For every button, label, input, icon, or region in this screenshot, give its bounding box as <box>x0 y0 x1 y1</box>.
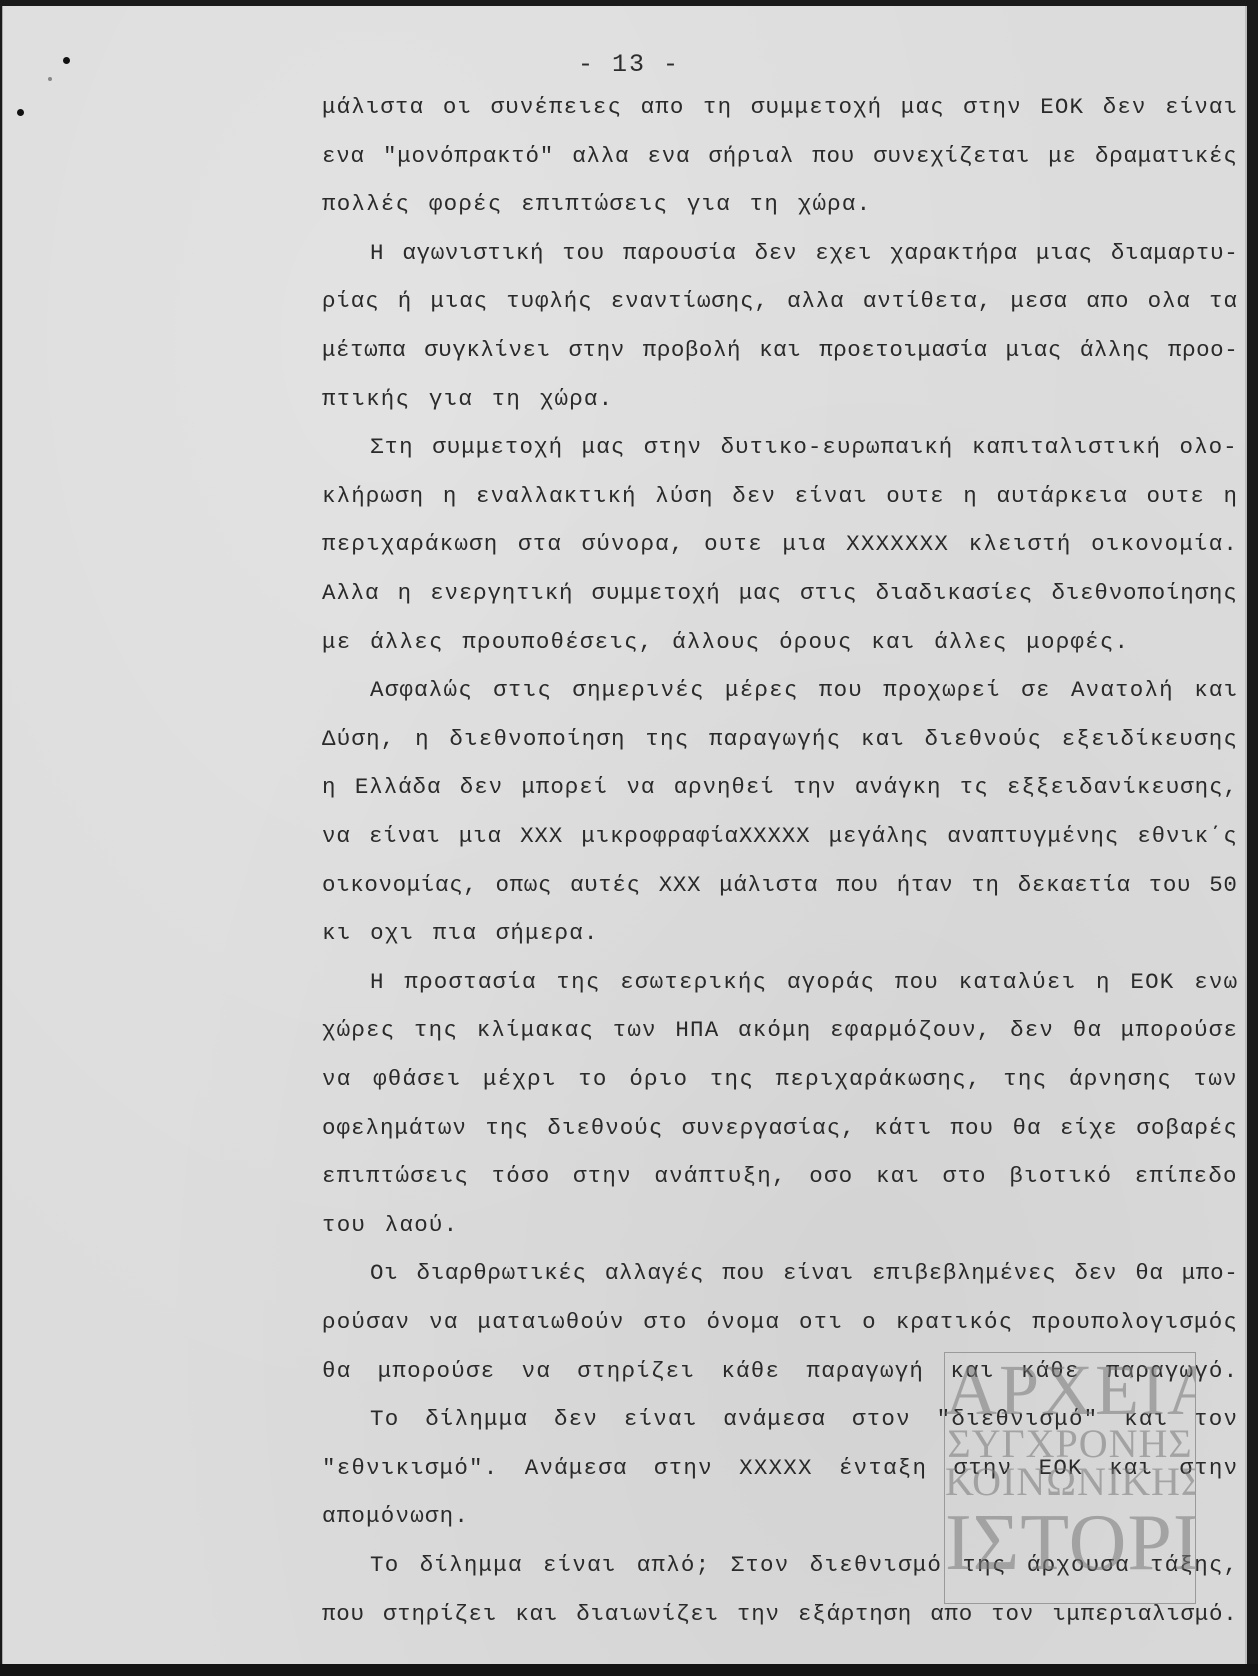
stamp-line-4: ΙΣΤΟΡΙΑΣ <box>945 1501 1195 1585</box>
text-line: μέτωπα συγκλίνει στην προβολή και προετο… <box>322 335 1238 365</box>
text-line: Αλλα η ενεργητική συμμετοχή μας στις δια… <box>322 578 1238 608</box>
stamp-line-1: ΑΡΧΕΙΑ <box>945 1355 1195 1425</box>
text-line: ενα "μονόπρακτό" αλλα ενα σήριαλ που συν… <box>322 141 1238 171</box>
text-line: με άλλες προυποθέσεις, άλλους όρους και … <box>322 627 1129 657</box>
text-line: του λαού. <box>322 1210 458 1240</box>
text-line: κι οχι πια σήμερα. <box>322 918 599 948</box>
text-line: ρίας ή μιας τυφλής εναντίωσης, αλλα αντί… <box>322 286 1238 316</box>
text-line: πολλές φορές επιπτώσεις για τη χώρα. <box>322 189 871 219</box>
text-line: επιπτώσεις τόσο στην ανάπτυξη, οσο και σ… <box>322 1161 1238 1191</box>
text-line: χώρες της κλίμακας των ΗΠΑ ακόμη εφαρμόζ… <box>322 1015 1238 1045</box>
page-number: - 13 - <box>0 50 1258 79</box>
text-line: Στη συμμετοχή μας στην δυτικο-ευρωπαική … <box>370 432 1238 462</box>
text-line: οφελημάτων της διεθνούς συνεργασίας, κάτ… <box>322 1113 1238 1143</box>
text-line: Η αγωνιστική του παρουσία δεν εχει χαρακ… <box>370 238 1238 268</box>
archive-watermark-stamp: ΑΡΧΕΙΑ ΣΥΓΧΡΟΝΗΣ ΚΟΙΝΩΝΙΚΗΣ ΙΣΤΟΡΙΑΣ <box>944 1352 1196 1604</box>
text-line: Δύση, η διεθνοποίηση της παραγωγής και δ… <box>322 724 1238 754</box>
text-line: να φθάσει μέχρι το όριο της περιχαράκωση… <box>322 1064 1238 1094</box>
text-line: να είναι μια ΧΧΧ μικροφραφίαΧΧΧΧΧ μεγάλη… <box>322 821 1238 851</box>
text-line: πτικής για τη χώρα. <box>322 384 613 414</box>
stamp-line-2: ΣΥΓΧΡΟΝΗΣ <box>945 1425 1195 1463</box>
text-line: κλήρωση η εναλλακτική λύση δεν είναι ουτ… <box>322 481 1238 511</box>
text-line: οικονομίας, οπως αυτές ΧΧΧ μάλιστα που ή… <box>322 870 1238 900</box>
punch-hole-mark <box>17 109 24 116</box>
text-line: η Ελλάδα δεν μπορεί να αρνηθεί την ανάγκ… <box>322 772 1238 802</box>
text-line: ρούσαν να ματαιωθούν στο όνομα οτι ο κρα… <box>322 1307 1238 1337</box>
text-line: Η προστασία της εσωτερικής αγοράς που κα… <box>370 967 1238 997</box>
scan-border <box>0 1664 1258 1676</box>
text-line: Ασφαλώς στις σημερινές μέρες που προχωρε… <box>370 675 1238 705</box>
text-line: περιχαράκωση στα σύνορα, ουτε μια ΧΧΧΧΧΧ… <box>322 529 1238 559</box>
text-line: Οι διαρθρωτικές αλλαγές που είναι επιβεβ… <box>370 1258 1238 1288</box>
text-line: μάλιστα οι συνέπειες απο τη συμμετοχή μα… <box>322 92 1238 122</box>
text-line: απομόνωση. <box>322 1501 469 1531</box>
stamp-line-3: ΚΟΙΝΩΝΙΚΗΣ <box>945 1463 1195 1501</box>
